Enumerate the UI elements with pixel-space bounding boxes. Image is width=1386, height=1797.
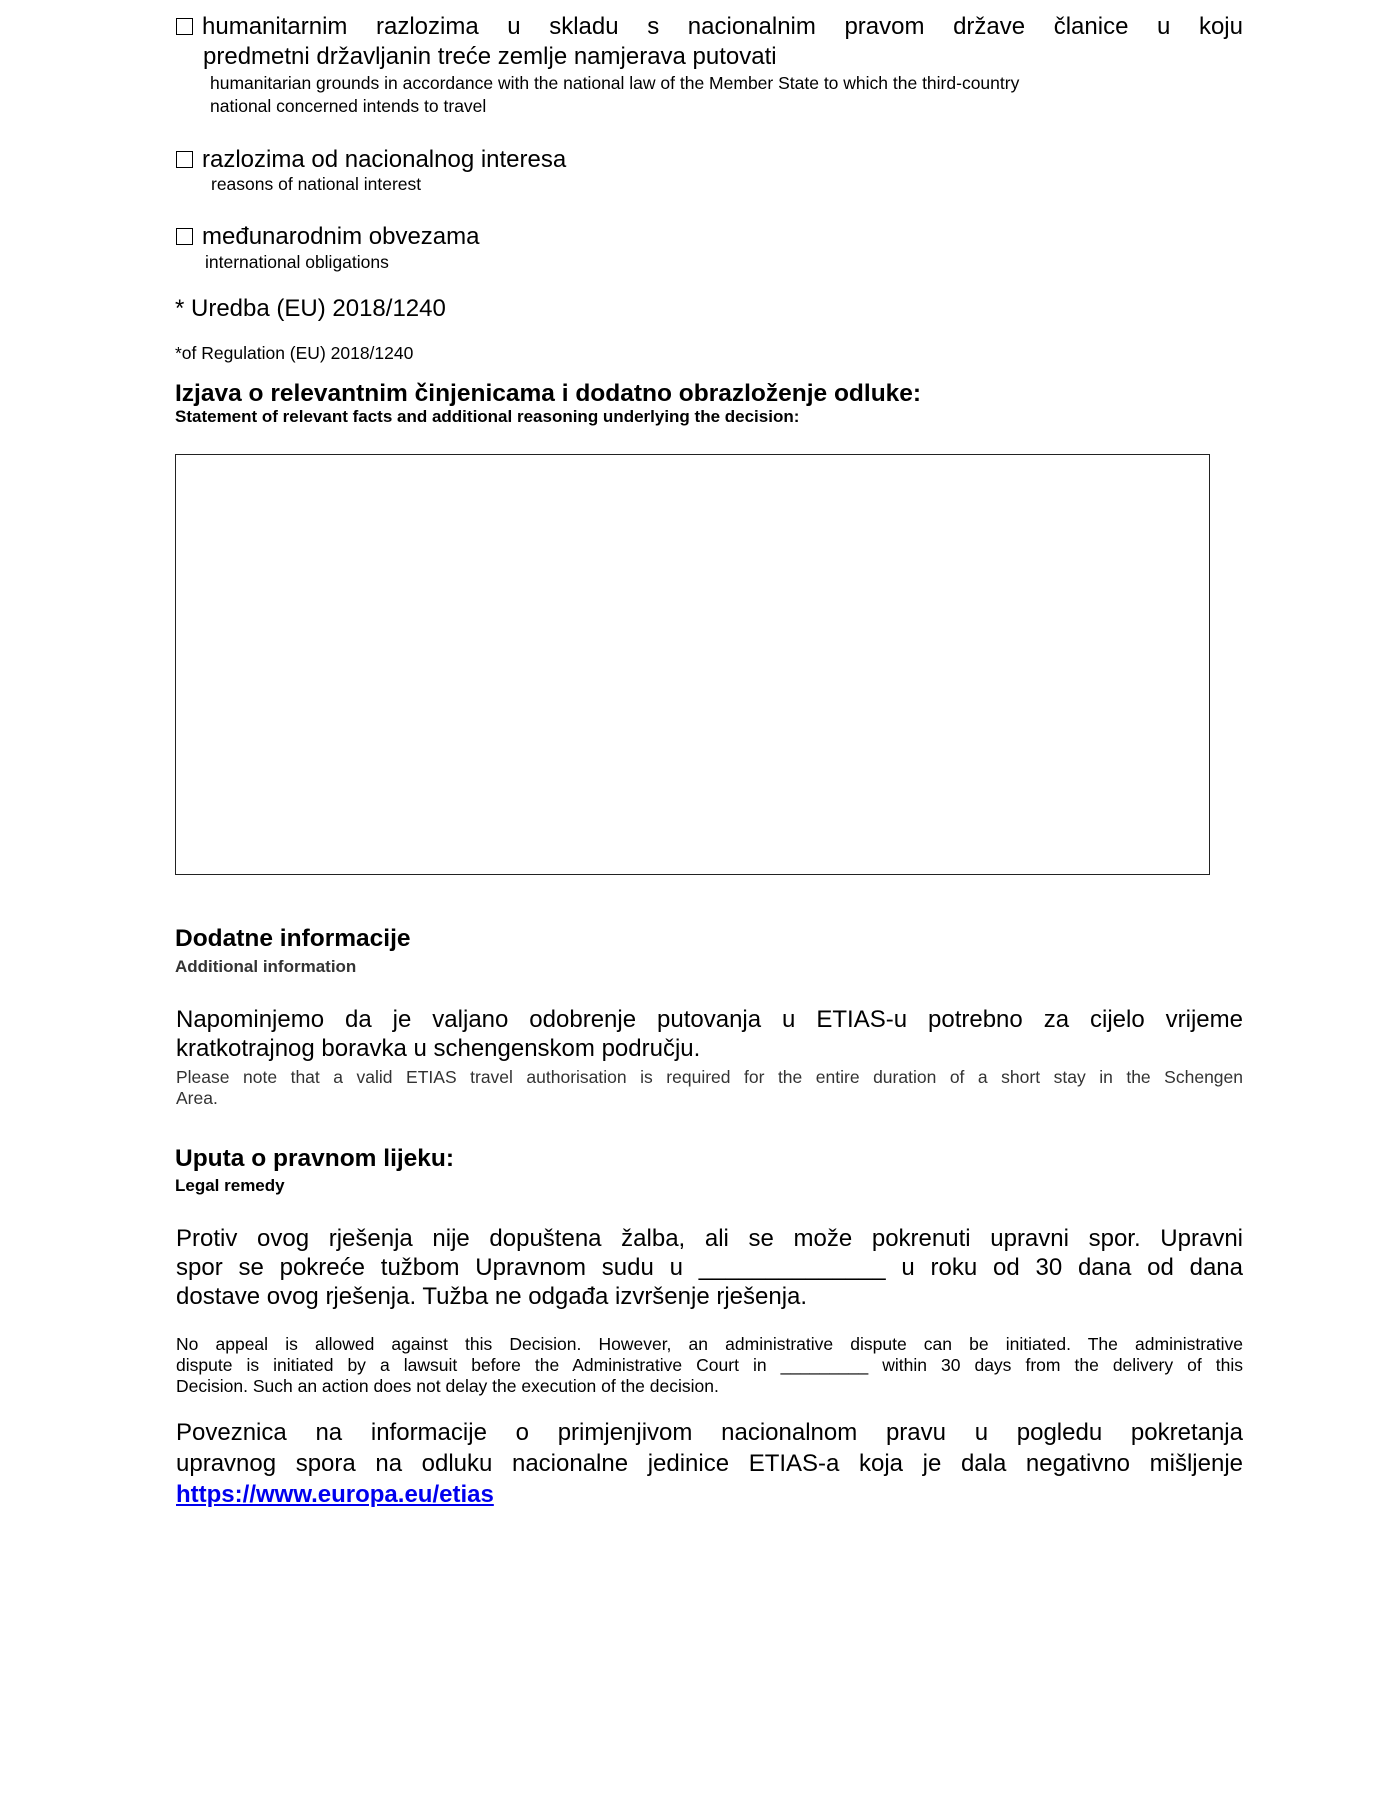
legal-remedy-link-intro: Poveznica na informacije o primjenjivom …: [176, 1417, 1243, 1510]
additional-info-heading: Dodatne informacije: [175, 925, 411, 953]
legal-remedy-heading: Uputa o pravnom lijeku:: [175, 1145, 454, 1173]
legal-remedy-hr: Protiv ovog rješenja nije dopuštena žalb…: [176, 1224, 1243, 1311]
regulation-note-en: *of Regulation (EU) 2018/1240: [175, 343, 413, 364]
reason-national-interest: razlozima od nacionalnog interesa: [176, 145, 566, 174]
reason-humanitarian-line2: predmetni državljanin treće zemlje namje…: [203, 42, 777, 71]
legal-remedy-subheading: Legal remedy: [175, 1175, 285, 1196]
reason-international-obligations-en: international obligations: [205, 252, 389, 273]
statement-subheading: Statement of relevant facts and addition…: [175, 406, 799, 427]
legal-remedy-en: No appeal is allowed against this Decisi…: [176, 1334, 1243, 1397]
checkbox-humanitarian[interactable]: [176, 18, 193, 35]
reason-humanitarian-en-line2: national concerned intends to travel: [210, 96, 486, 117]
additional-info-en: Please note that a valid ETIAS travel au…: [176, 1067, 1243, 1109]
reason-humanitarian-line1: humanitarnim razlozima u skladu s nacion…: [176, 12, 1243, 41]
reason-humanitarian: humanitarnim razlozima u skladu s nacion…: [176, 12, 1243, 41]
statement-text-box[interactable]: [175, 454, 1210, 875]
additional-info-subheading: Additional information: [175, 956, 356, 977]
checkbox-national-interest[interactable]: [176, 151, 193, 168]
checkbox-international-obligations[interactable]: [176, 228, 193, 245]
regulation-note-hr: * Uredba (EU) 2018/1240: [175, 294, 446, 323]
reason-international-obligations: međunarodnim obvezama: [176, 222, 480, 251]
etias-info-link[interactable]: https://www.europa.eu/etias: [176, 1481, 494, 1508]
statement-heading: Izjava o relevantnim činjenicama i dodat…: [175, 380, 921, 408]
additional-info-hr: Napominjemo da je valjano odobrenje puto…: [176, 1005, 1243, 1063]
reason-humanitarian-en-line1: humanitarian grounds in accordance with …: [210, 73, 1019, 94]
reason-national-interest-en: reasons of national interest: [211, 174, 421, 195]
